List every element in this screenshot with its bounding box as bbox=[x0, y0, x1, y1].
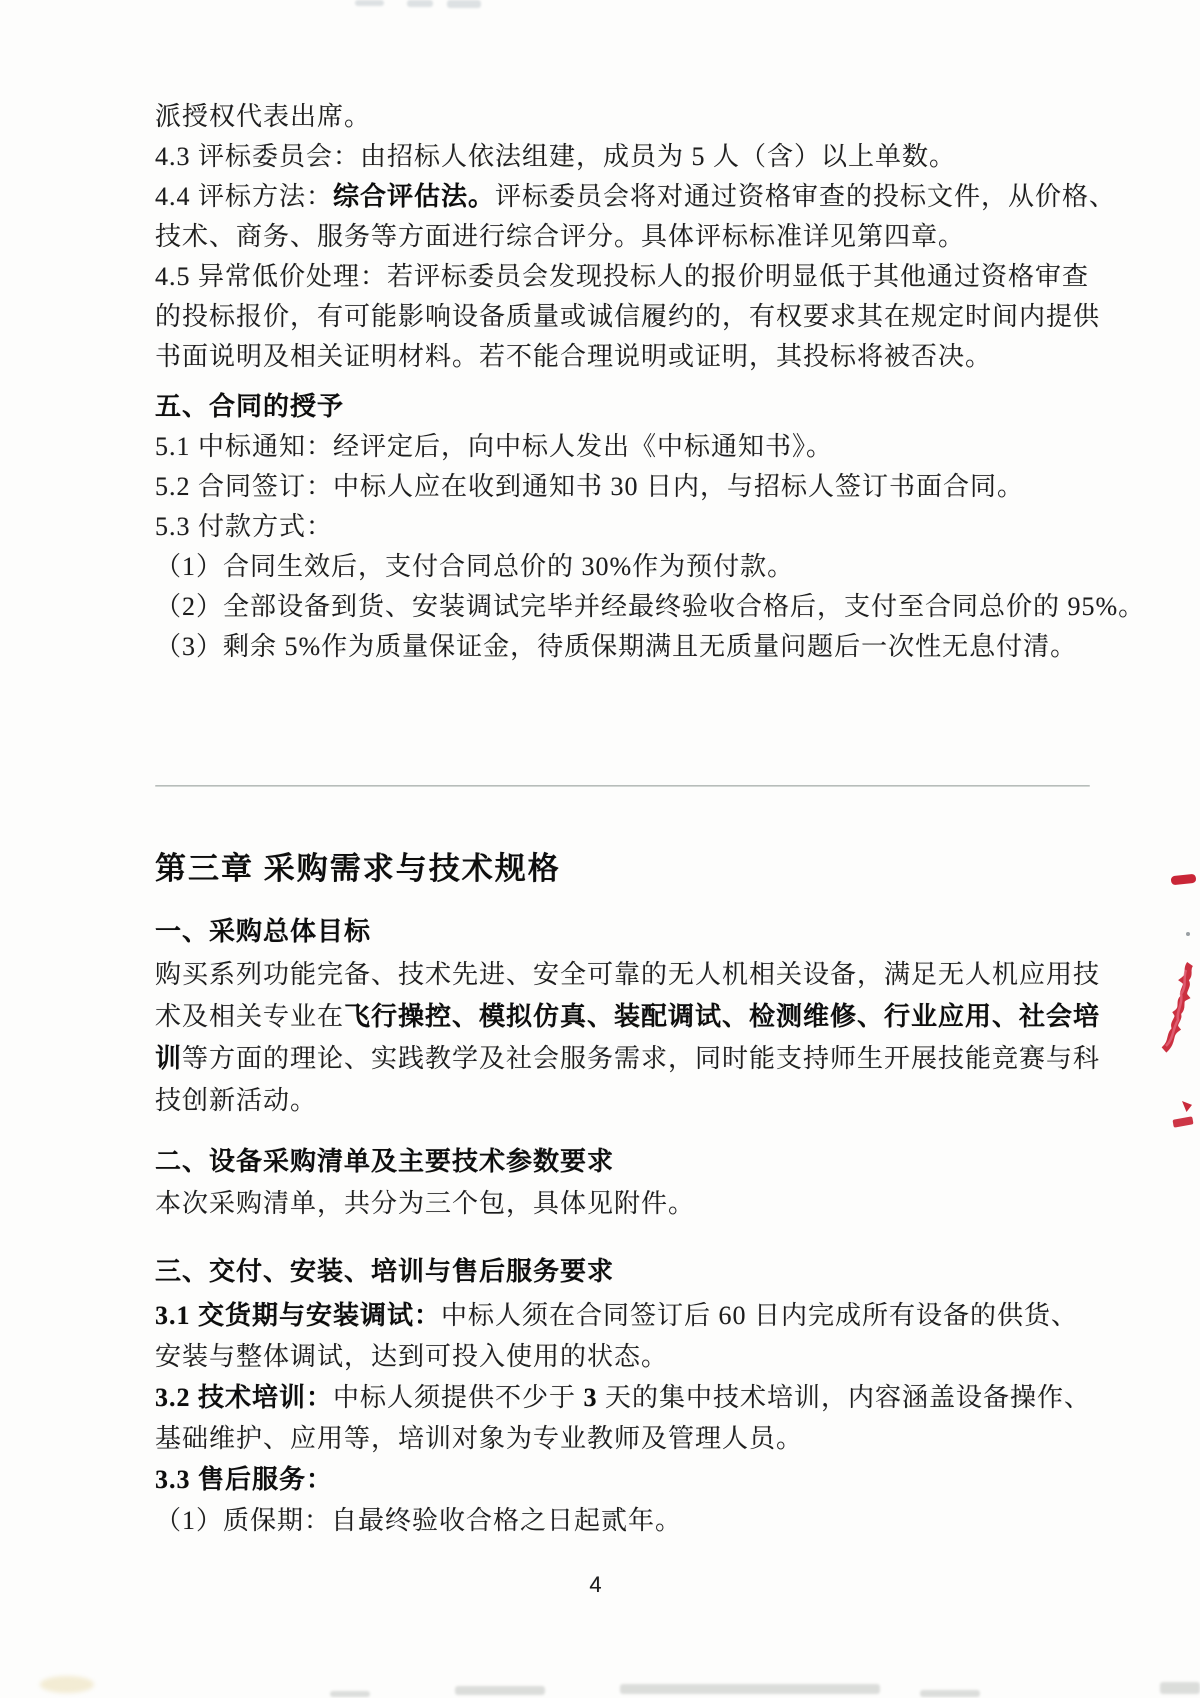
text-line: （1）质保期：自最终验收合格之日起贰年。 bbox=[155, 1500, 1062, 1541]
text-line: 书面说明及相关证明材料。若不能合理说明或证明，其投标将被否决。 bbox=[155, 337, 1062, 377]
section-heading-2: 二、设备采购清单及主要技术参数要求 bbox=[155, 1142, 1062, 1182]
text-segment: 第三章 采购需求与技术规格 bbox=[155, 851, 561, 886]
text-line: 基础维护、应用等，培训对象为专业教师及管理人员。 bbox=[155, 1418, 1062, 1459]
text-segment: 中标人须提供不少于 bbox=[333, 1383, 584, 1412]
section-heading-5: 五、合同的授予 bbox=[155, 387, 1062, 427]
red-ink-squiggle bbox=[1150, 960, 1200, 1058]
text-segment: 4.3 评标委员会：由招标人依法组建，成员为 5 人（含）以上单数。 bbox=[155, 142, 956, 171]
text-segment: 4 bbox=[589, 1572, 601, 1597]
text-segment: 三、交付、安装、培训与售后服务要求 bbox=[155, 1257, 614, 1286]
text-line: 安装与整体调试，达到可投入使用的状态。 bbox=[155, 1336, 1062, 1377]
text-segment: 术及相关专业在 bbox=[155, 1002, 344, 1031]
text-line: 技术、商务、服务等方面进行综合评分。具体评标标准详见第四章。 bbox=[155, 217, 1062, 257]
text-segment: 书面说明及相关证明材料。若不能合理说明或证明，其投标将被否决。 bbox=[155, 342, 992, 371]
scan-stain bbox=[40, 1676, 94, 1693]
scan-smudge bbox=[330, 1691, 370, 1697]
scan-smudge bbox=[407, 0, 433, 7]
text-segment: 二、设备采购清单及主要技术参数要求 bbox=[155, 1147, 614, 1176]
text-segment: （3）剩余 5%作为质量保证金，待质保期满且无质量问题后一次性无息付清。 bbox=[155, 632, 1077, 661]
text-segment: （1）合同生效后，支付合同总价的 30%作为预付款。 bbox=[155, 552, 794, 581]
text-line: 的投标报价，有可能影响设备质量或诚信履约的，有权要求其在规定时间内提供 bbox=[155, 297, 1062, 337]
text-segment: （1）质保期：自最终验收合格之日起贰年。 bbox=[155, 1506, 682, 1535]
text-segment: 五、合同的授予 bbox=[155, 392, 344, 421]
red-ink-speck bbox=[1182, 1101, 1192, 1112]
text-line: 3.1 交货期与安装调试：中标人须在合同签订后 60 日内完成所有设备的供货、 bbox=[155, 1295, 1062, 1336]
red-ink-speck bbox=[1172, 1116, 1193, 1127]
text-segment: 安装与整体调试，达到可投入使用的状态。 bbox=[155, 1342, 668, 1371]
text-segment: 天的集中技术培训，内容涵盖设备操作、 bbox=[598, 1383, 1092, 1412]
text-segment: 4.5 异常低价处理：若评标委员会发现投标人的报价明显低于其他通过资格审查 bbox=[155, 262, 1089, 291]
text-line: 本次采购清单，共分为三个包，具体见附件。 bbox=[155, 1184, 1062, 1224]
text-line: 3.3 售后服务： bbox=[155, 1459, 1062, 1500]
text-segment: 训 bbox=[155, 1044, 182, 1073]
text-line: 3.2 技术培训：中标人须提供不少于 3 天的集中技术培训，内容涵盖设备操作、 bbox=[155, 1377, 1062, 1418]
text-line: 术及相关专业在飞行操控、模拟仿真、装配调试、检测维修、行业应用、社会培 bbox=[155, 996, 1062, 1038]
text-segment: 3.1 交货期与安装调试： bbox=[155, 1301, 441, 1330]
section-heading-3: 三、交付、安装、培训与售后服务要求 bbox=[155, 1252, 1062, 1292]
scan-smudge bbox=[455, 1686, 545, 1695]
text-segment: 技术、商务、服务等方面进行综合评分。具体评标标准详见第四章。 bbox=[155, 222, 965, 251]
text-line: （1）合同生效后，支付合同总价的 30%作为预付款。 bbox=[155, 547, 1062, 587]
text-segment: 本次采购清单，共分为三个包，具体见附件。 bbox=[155, 1189, 695, 1218]
text-line: 购买系列功能完备、技术先进、安全可靠的无人机相关设备，满足无人机应用技 bbox=[155, 954, 1062, 996]
text-line: 技创新活动。 bbox=[155, 1080, 1062, 1122]
section-divider bbox=[155, 785, 1090, 787]
text-segment: 3 bbox=[584, 1383, 598, 1412]
scan-smudge bbox=[920, 1690, 980, 1697]
text-line: 4.5 异常低价处理：若评标委员会发现投标人的报价明显低于其他通过资格审查 bbox=[155, 257, 1062, 297]
document-page: 派授权代表出席。4.3 评标委员会：由招标人依法组建，成员为 5 人（含）以上单… bbox=[0, 0, 1200, 1698]
text-line: 5.2 合同签订：中标人应在收到通知书 30 日内，与招标人签订书面合同。 bbox=[155, 467, 1062, 507]
text-segment: 5.1 中标通知：经评定后，向中标人发出《中标通知书》。 bbox=[155, 432, 833, 461]
text-segment: 基础维护、应用等，培训对象为专业教师及管理人员。 bbox=[155, 1424, 803, 1453]
chapter-heading: 第三章 采购需求与技术规格 bbox=[155, 847, 1062, 891]
text-line: 5.1 中标通知：经评定后，向中标人发出《中标通知书》。 bbox=[155, 427, 1062, 467]
red-ink-dash bbox=[1171, 874, 1197, 886]
text-segment: 等方面的理论、实践教学及社会服务需求，同时能支持师生开展技能竞赛与科 bbox=[182, 1044, 1100, 1073]
scan-smudge bbox=[1160, 1682, 1200, 1694]
section-heading-1: 一、采购总体目标 bbox=[155, 912, 1062, 952]
text-segment: 派授权代表出席。 bbox=[155, 102, 371, 131]
text-segment: 5.3 付款方式： bbox=[155, 512, 333, 541]
text-line: （3）剩余 5%作为质量保证金，待质保期满且无质量问题后一次性无息付清。 bbox=[155, 627, 1062, 667]
text-segment: 的投标报价，有可能影响设备质量或诚信履约的，有权要求其在规定时间内提供 bbox=[155, 302, 1100, 331]
text-segment: 购买系列功能完备、技术先进、安全可靠的无人机相关设备，满足无人机应用技 bbox=[155, 960, 1100, 989]
text-line: 5.3 付款方式： bbox=[155, 507, 1062, 547]
scan-smudge bbox=[620, 1684, 880, 1694]
text-segment: 技创新活动。 bbox=[155, 1086, 317, 1115]
ink-speck bbox=[1186, 932, 1190, 936]
text-segment: 3.2 技术培训： bbox=[155, 1383, 333, 1412]
text-line: 派授权代表出席。 bbox=[155, 97, 1062, 137]
scan-smudge bbox=[355, 0, 384, 6]
text-segment: 4.4 评标方法： bbox=[155, 182, 333, 211]
text-line: 4.4 评标方法：综合评估法。评标委员会将对通过资格审查的投标文件，从价格、 bbox=[155, 177, 1062, 217]
text-segment: 一、采购总体目标 bbox=[155, 917, 371, 946]
text-segment: 3.3 售后服务： bbox=[155, 1465, 333, 1494]
text-segment: 5.2 合同签订：中标人应在收到通知书 30 日内，与招标人签订书面合同。 bbox=[155, 472, 1024, 501]
text-line: 训等方面的理论、实践教学及社会服务需求，同时能支持师生开展技能竞赛与科 bbox=[155, 1038, 1062, 1080]
scan-smudge bbox=[447, 0, 481, 8]
text-segment: 中标人须在合同签订后 60 日内完成所有设备的供货、 bbox=[441, 1301, 1078, 1330]
doc-content: 派授权代表出席。4.3 评标委员会：由招标人依法组建，成员为 5 人（含）以上单… bbox=[155, 97, 1062, 1605]
text-segment: （2）全部设备到货、安装调试完毕并经最终验收合格后，支付至合同总价的 95%。 bbox=[155, 592, 1145, 621]
text-line: 4.3 评标委员会：由招标人依法组建，成员为 5 人（含）以上单数。 bbox=[155, 137, 1062, 177]
text-segment: 评标委员会将对通过资格审查的投标文件，从价格、 bbox=[495, 182, 1116, 211]
page-number: 4 bbox=[155, 1565, 1062, 1605]
text-line: （2）全部设备到货、安装调试完毕并经最终验收合格后，支付至合同总价的 95%。 bbox=[155, 587, 1062, 627]
text-segment: 综合评估法。 bbox=[333, 182, 495, 211]
text-segment: 飞行操控、模拟仿真、装配调试、检测维修、行业应用、社会培 bbox=[344, 1002, 1100, 1031]
